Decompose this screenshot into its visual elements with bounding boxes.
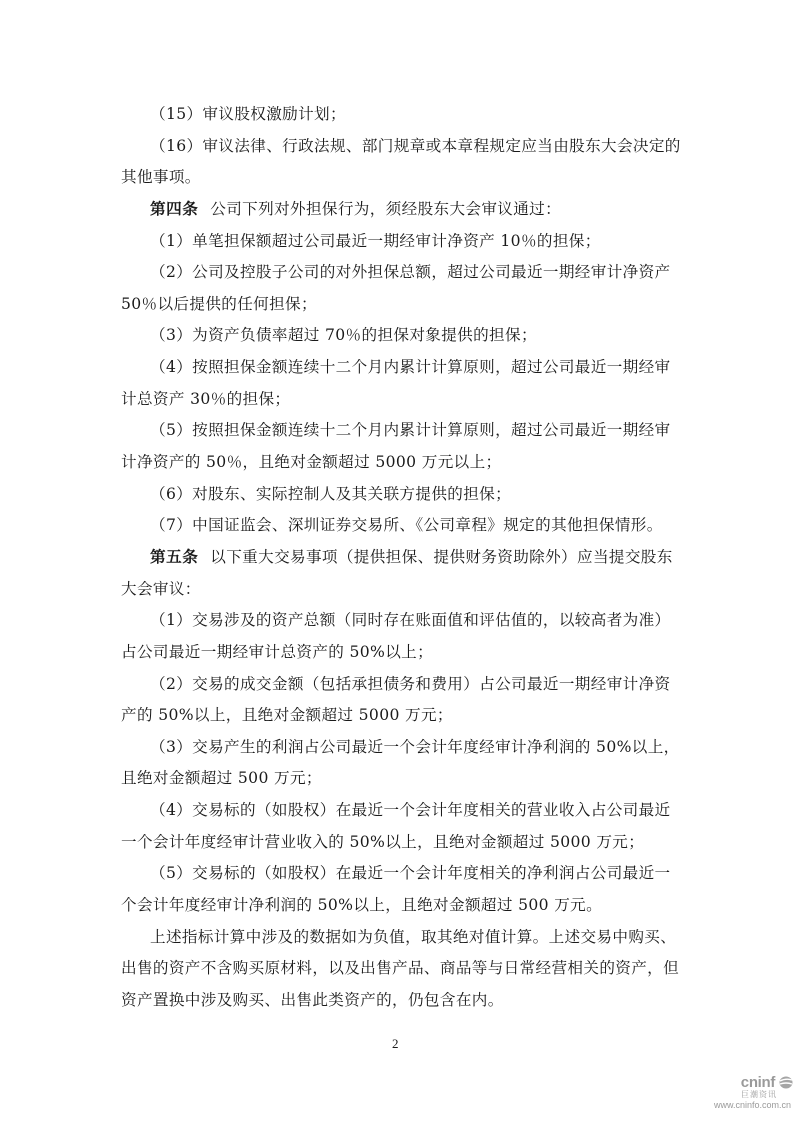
line-text: 公司下列对外担保行为，须经股东大会审议通过：	[210, 200, 561, 218]
text-line: （4）按照担保金额连续十二个月内累计计算原则，超过公司最近一期经审	[121, 352, 677, 384]
line-text: 占公司最近一期经审计总资产的 50%以上；	[121, 643, 433, 661]
text-line: （2）公司及控股子公司的对外担保总额，超过公司最近一期经审计净资产	[121, 257, 677, 289]
line-text: （5）交易标的（如股权）在最近一个会计年度相关的净利润占公司最近一	[150, 864, 670, 882]
line-text: 计净资产的 50％，且绝对金额超过 5000 万元以上；	[121, 453, 501, 471]
text-line: 占公司最近一期经审计总资产的 50%以上；	[121, 637, 677, 669]
line-text: （2）交易的成交金额（包括承担债务和费用）占公司最近一期经审计净资	[150, 675, 670, 693]
line-text: （3）交易产生的利润占公司最近一个会计年度经审计净利润的 50%以上，	[150, 738, 680, 756]
text-line: （5）按照担保金额连续十二个月内累计计算原则，超过公司最近一期经审	[121, 415, 677, 447]
text-line: 计总资产 30％的担保；	[121, 384, 677, 416]
line-text: （15）审议股权激励计划；	[150, 105, 346, 123]
text-line: 50％以后提供的任何担保；	[121, 289, 677, 321]
line-text: 大会审议：	[121, 580, 201, 598]
article-heading-line: 第四条公司下列对外担保行为，须经股东大会审议通过：	[121, 194, 677, 226]
line-text: （1）单笔担保额超过公司最近一期经审计净资产 10％的担保；	[150, 232, 601, 250]
text-line: （3）为资产负债率超过 70％的担保对象提供的担保；	[121, 320, 677, 352]
text-line: 其他事项。	[121, 162, 677, 194]
text-line: （1）单笔担保额超过公司最近一期经审计净资产 10％的担保；	[121, 226, 677, 258]
line-text: （16）审议法律、行政法规、部门规章或本章程规定应当由股东大会决定的	[150, 137, 681, 155]
line-text: 以下重大交易事项（提供担保、提供财务资助除外）应当提交股东	[210, 548, 672, 566]
line-text: 产的 50%以上，且绝对金额超过 5000 万元；	[121, 706, 453, 724]
page-number: 2	[392, 1036, 399, 1052]
line-text: 计总资产 30％的担保；	[121, 390, 290, 408]
text-line: 上述指标计算中涉及的数据如为负值，取其绝对值计算。上述交易中购买、	[121, 922, 677, 954]
line-text: （4）按照担保金额连续十二个月内累计计算原则，超过公司最近一期经审	[150, 358, 670, 376]
line-text: （3）为资产负债率超过 70％的担保对象提供的担保；	[150, 326, 537, 344]
watermark-logo: cninf	[718, 1076, 793, 1090]
text-line: 计净资产的 50％，且绝对金额超过 5000 万元以上；	[121, 447, 677, 479]
line-text: 个会计年度经审计净利润的 50%以上，且绝对金额超过 500 万元。	[121, 896, 602, 914]
watermark-cn-name: 巨潮资讯	[718, 1090, 793, 1100]
text-line: （1）交易涉及的资产总额（同时存在账面值和评估值的，以较高者为准）	[121, 605, 677, 637]
text-line: （16）审议法律、行政法规、部门规章或本章程规定应当由股东大会决定的	[121, 131, 677, 163]
text-line: （3）交易产生的利润占公司最近一个会计年度经审计净利润的 50%以上，	[121, 732, 677, 764]
line-text: 其他事项。	[121, 168, 201, 186]
line-text: （4）交易标的（如股权）在最近一个会计年度相关的营业收入占公司最近	[150, 801, 670, 819]
line-text: 50％以后提供的任何担保；	[121, 295, 317, 313]
line-text: （2）公司及控股子公司的对外担保总额，超过公司最近一期经审计净资产	[150, 263, 670, 281]
cninfo-watermark: cninf 巨潮资讯 www.cninfo.com.cn	[718, 1076, 793, 1110]
text-line: 产的 50%以上，且绝对金额超过 5000 万元；	[121, 700, 677, 732]
cninfo-swirl-icon	[779, 1076, 793, 1089]
watermark-logo-text: cninf	[741, 1074, 775, 1091]
article-heading-line: 第五条以下重大交易事项（提供担保、提供财务资助除外）应当提交股东	[121, 542, 677, 574]
line-text: 上述指标计算中涉及的数据如为负值，取其绝对值计算。上述交易中购买、	[150, 928, 676, 946]
line-text: 且绝对金额超过 500 万元；	[121, 769, 322, 787]
line-text: （7）中国证监会、深圳证券交易所、《公司章程》规定的其他担保情形。	[150, 516, 663, 534]
line-text: （5）按照担保金额连续十二个月内累计计算原则，超过公司最近一期经审	[150, 421, 670, 439]
line-text: 出售的资产不含购买原材料，以及出售产品、商品等与日常经营相关的资产，但	[121, 959, 679, 977]
text-line: （7）中国证监会、深圳证券交易所、《公司章程》规定的其他担保情形。	[121, 510, 677, 542]
text-line: 出售的资产不含购买原材料，以及出售产品、商品等与日常经营相关的资产，但	[121, 953, 677, 985]
text-line: （6）对股东、实际控制人及其关联方提供的担保；	[121, 479, 677, 511]
text-line: 且绝对金额超过 500 万元；	[121, 763, 677, 795]
line-text: （1）交易涉及的资产总额（同时存在账面值和评估值的，以较高者为准）	[150, 611, 670, 629]
article-number: 第四条	[150, 200, 198, 218]
line-text: （6）对股东、实际控制人及其关联方提供的担保；	[150, 485, 511, 503]
line-text: 一个会计年度经审计营业收入的 50%以上，且绝对金额超过 5000 万元；	[121, 833, 644, 851]
watermark-url: www.cninfo.com.cn	[714, 1100, 789, 1110]
text-line: （15）审议股权激励计划；	[121, 99, 677, 131]
text-line: （4）交易标的（如股权）在最近一个会计年度相关的营业收入占公司最近	[121, 795, 677, 827]
article-number: 第五条	[150, 548, 198, 566]
line-text: 资产置换中涉及购买、出售此类资产的，仍包含在内。	[121, 991, 504, 1009]
text-line: 资产置换中涉及购买、出售此类资产的，仍包含在内。	[121, 985, 677, 1017]
text-line: 个会计年度经审计净利润的 50%以上，且绝对金额超过 500 万元。	[121, 890, 677, 922]
text-line: 一个会计年度经审计营业收入的 50%以上，且绝对金额超过 5000 万元；	[121, 827, 677, 859]
text-line: 大会审议：	[121, 574, 677, 606]
document-body: （15）审议股权激励计划；（16）审议法律、行政法规、部门规章或本章程规定应当由…	[121, 99, 677, 1017]
document-page: （15）审议股权激励计划；（16）审议法律、行政法规、部门规章或本章程规定应当由…	[0, 0, 793, 1122]
text-line: （2）交易的成交金额（包括承担债务和费用）占公司最近一期经审计净资	[121, 669, 677, 701]
text-line: （5）交易标的（如股权）在最近一个会计年度相关的净利润占公司最近一	[121, 858, 677, 890]
